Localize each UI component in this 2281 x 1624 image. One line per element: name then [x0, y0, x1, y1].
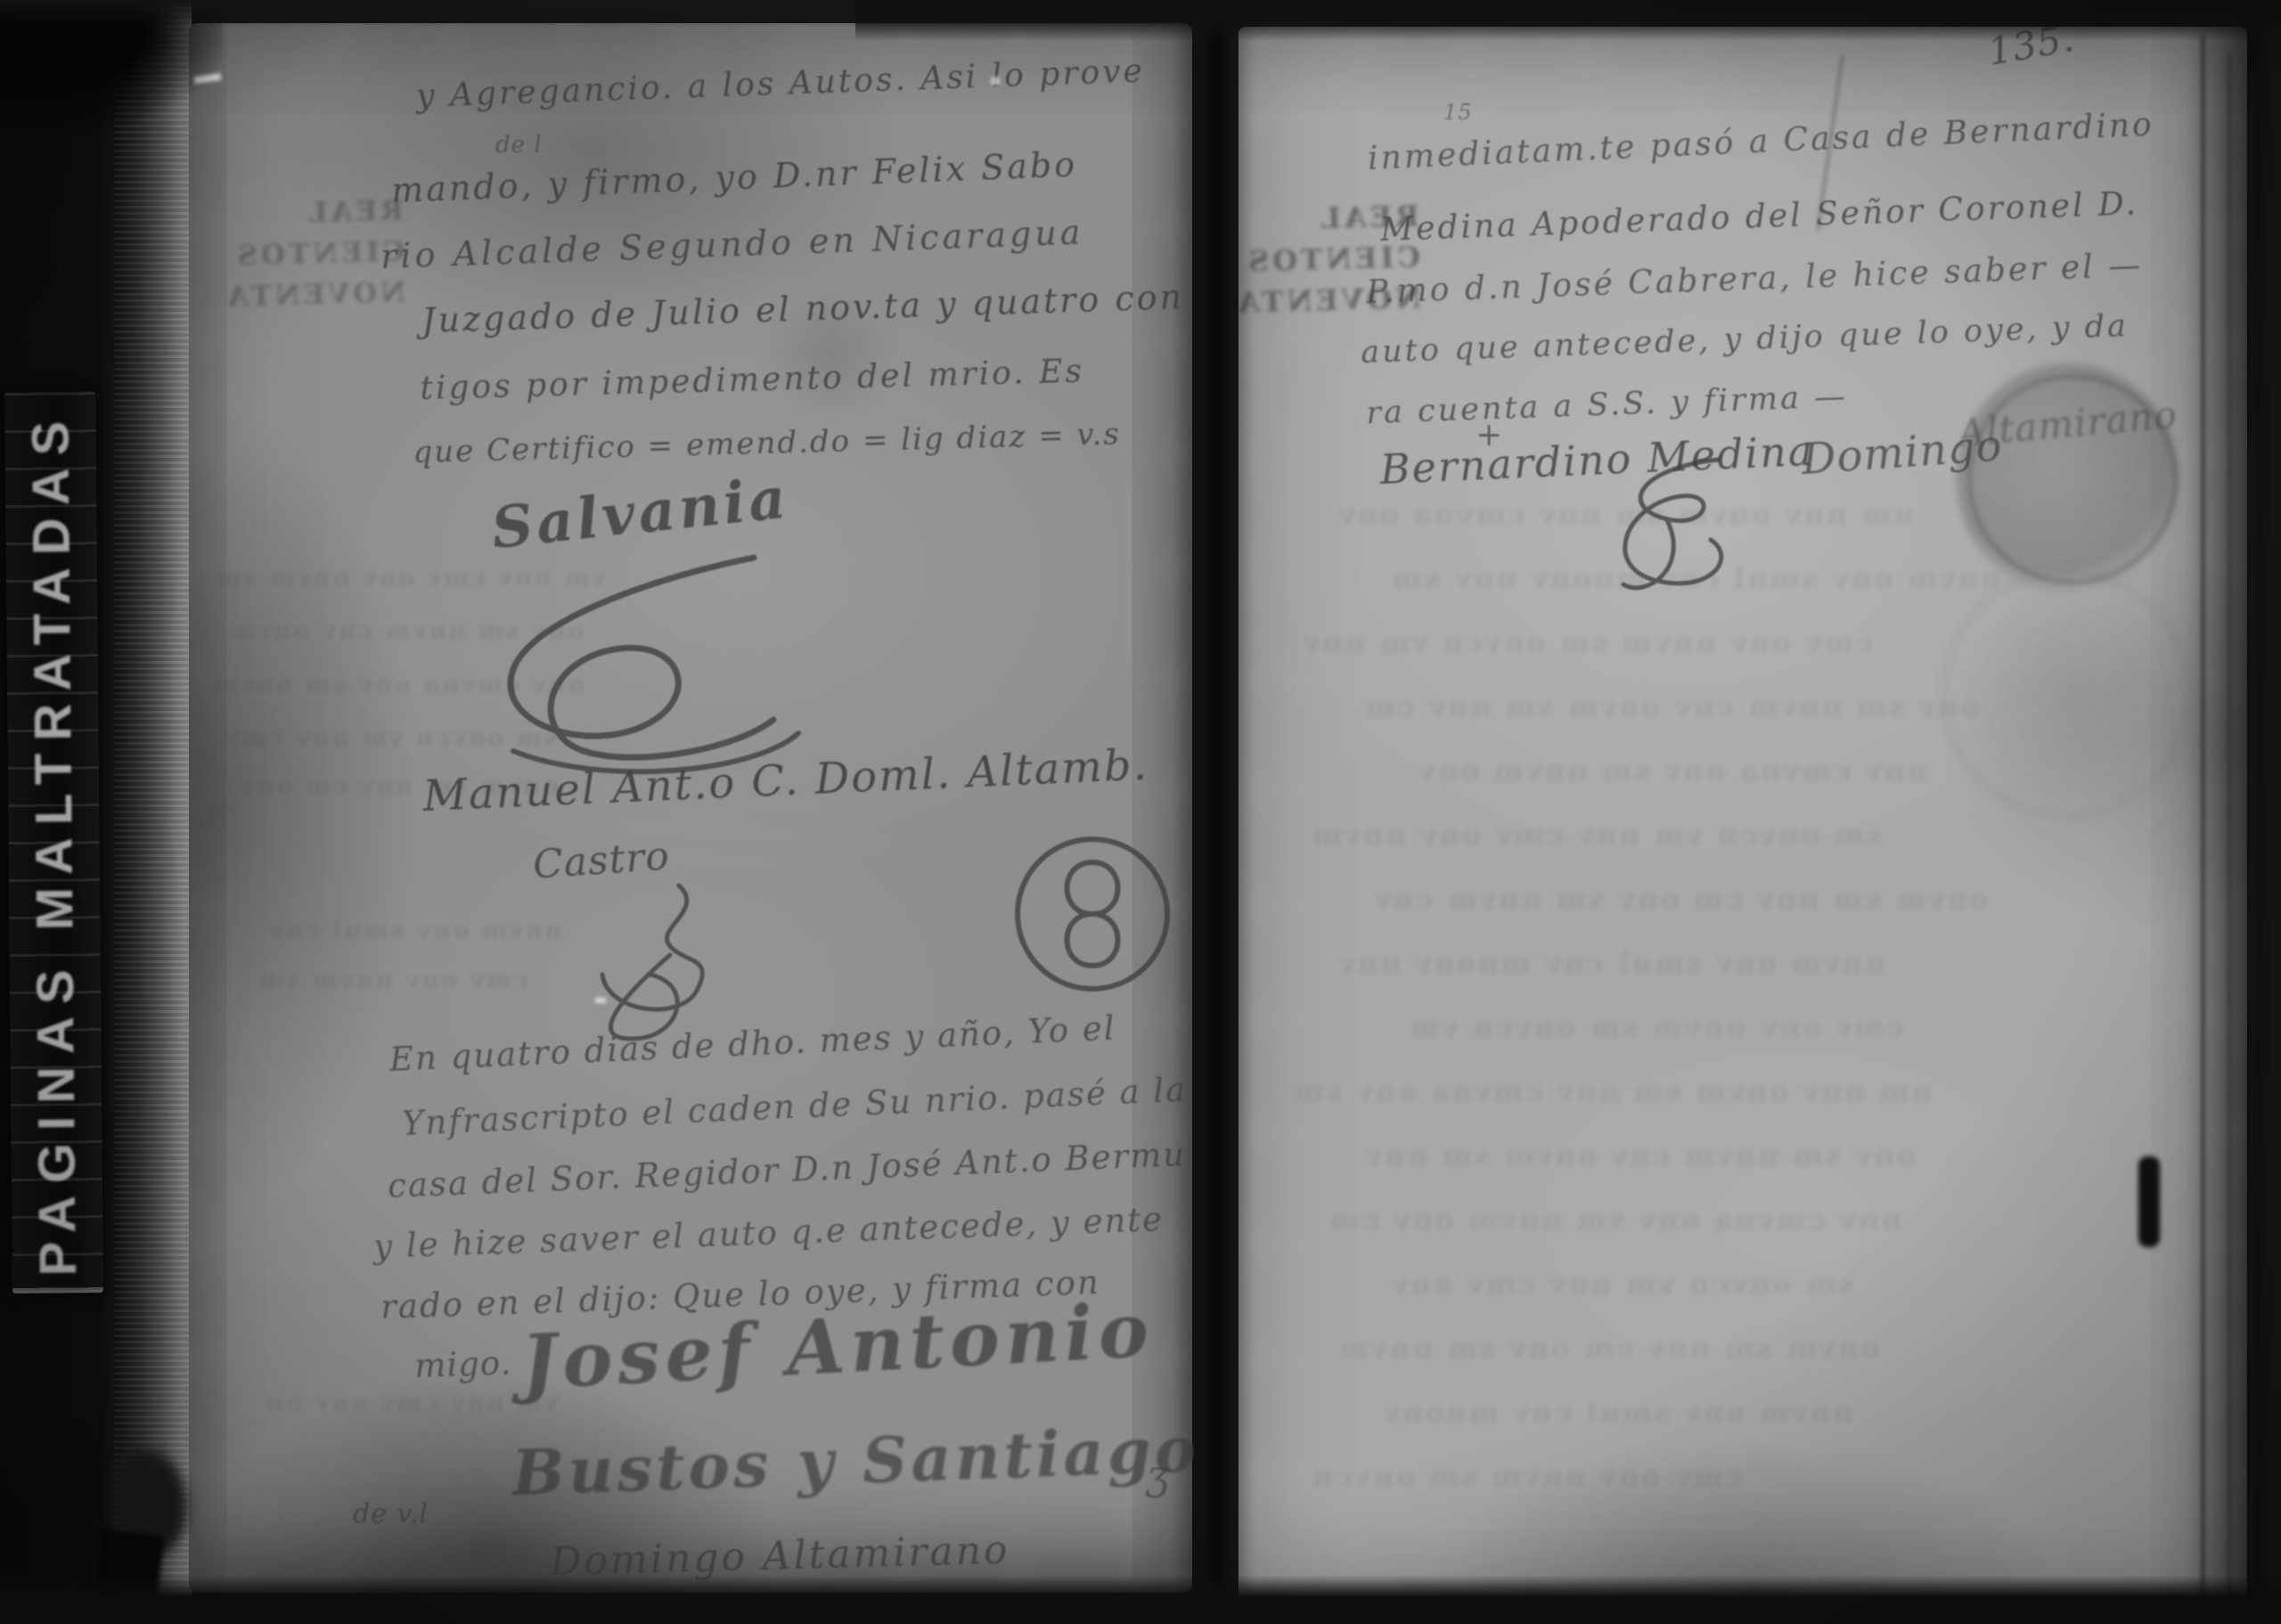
- ghost-text-line: nnv cmvna onv sm nnvm onv: [1417, 755, 1927, 788]
- rubric-flourish-icon: [545, 878, 813, 1048]
- flourish-mark: ʒ: [1146, 1450, 1170, 1498]
- bleed-stamp-line: NOVENTA: [224, 272, 406, 317]
- ink-stamp-circle-faint: [1942, 570, 2190, 818]
- rubric-flourish-icon: [1003, 825, 1181, 1003]
- ghost-text-line: onv sm nnvm cnv onvm sm nnv cm: [1363, 691, 1979, 723]
- spine-label: PAGINAS MALTRATADAS: [4, 391, 103, 1293]
- ghost-text-line: onv sm nnvm cnv onvm sm nnv: [1363, 1140, 1916, 1172]
- bleed-stamp-line: REAL: [221, 190, 404, 235]
- ghost-text-line: nnvm onv smul cnv mnonv unv: [1337, 948, 1885, 980]
- ghost-text-line: sm onvcn vm nnv cmv: [223, 725, 557, 752]
- handwriting-side-note: de v.l: [353, 1498, 429, 1530]
- ghost-text-line: onvm sm nnv cm onv: [239, 773, 559, 800]
- ghost-text-line: um nnv onvm sm nnv cmvna onv sm: [1292, 1076, 1932, 1108]
- handwriting-line: migo.: [413, 1343, 511, 1385]
- paper-glint: [595, 998, 606, 1003]
- ghost-text-line: cmv onv nnvm sm onvcn vm nnv: [1301, 627, 1873, 659]
- ink-blot: [2138, 1156, 2160, 1247]
- spine-label-text: PAGINAS MALTRATADAS: [20, 408, 87, 1276]
- handwriting-line: de l: [495, 132, 543, 159]
- ghost-text-line: nnv cmvna onv sm nnvm onv cm: [1328, 1204, 1901, 1236]
- top-shadow-band: [855, 0, 2281, 41]
- paper-glint: [991, 77, 1000, 86]
- ghost-text-line: nnv cmvna onv sm nnvm: [210, 672, 585, 698]
- manuscript-scan: PAGINAS MALTRATADAS REAL CIENTOS NOVENTA…: [0, 0, 2281, 1624]
- bottom-shadow-band: [0, 1575, 2281, 1624]
- ink-stamp-ring: [1967, 374, 2178, 584]
- ghost-text-line: onvm sm nnv cm onv sm nnvm cnv: [1372, 884, 1988, 916]
- ghost-text-line: sm onvcn vm nnv cmv onv nnvm: [1310, 820, 1882, 852]
- bleed-stamp-line: CIENTOS: [222, 231, 405, 276]
- ghost-text-line: cmv onv nnvm sm onvcn vm: [1408, 1012, 1903, 1044]
- ghost-text-line: onv sm nnvm cnv onvm: [228, 618, 584, 645]
- ink-smudge: [763, 287, 896, 420]
- ghost-text-line: onvm sm nnv cm onv sm nnvm: [1337, 1333, 1879, 1365]
- ghost-text-line: nnvm onv smul cnv: [267, 918, 562, 944]
- right-page-edge-shadow: [2185, 25, 2281, 1624]
- ghost-text-line: um nnv onvm sm nnv cmvna onv: [1337, 499, 1914, 531]
- page-edge-texture: [114, 0, 192, 1624]
- page-edge-crease: [2201, 36, 2205, 1604]
- bleed-stamp-text: REAL CIENTOS NOVENTA: [221, 190, 406, 317]
- page-edge-crease: [2228, 53, 2231, 1604]
- corner-mark: 15: [1443, 100, 1473, 125]
- ghost-text-line: vm nnv cmv onv nnvm sm: [214, 565, 605, 592]
- ghost-text-line: nnvm onv smul cnv mnonv unv sm: [1390, 563, 2001, 595]
- ghost-text-line: cmv onv nnvm sm: [257, 967, 528, 994]
- ghost-text-line: vm nnv cmv onv nn: [264, 1390, 558, 1416]
- page-edge-crease: [2249, 71, 2255, 1604]
- ghost-text-line: cmv onv nnvm sm onvcn: [1310, 1461, 1743, 1493]
- ghost-text-line: nnvm onv smul cnv mnonv: [1381, 1397, 1853, 1429]
- ghost-text-line: sm onvcn vm nnv cmv onv: [1390, 1269, 1854, 1301]
